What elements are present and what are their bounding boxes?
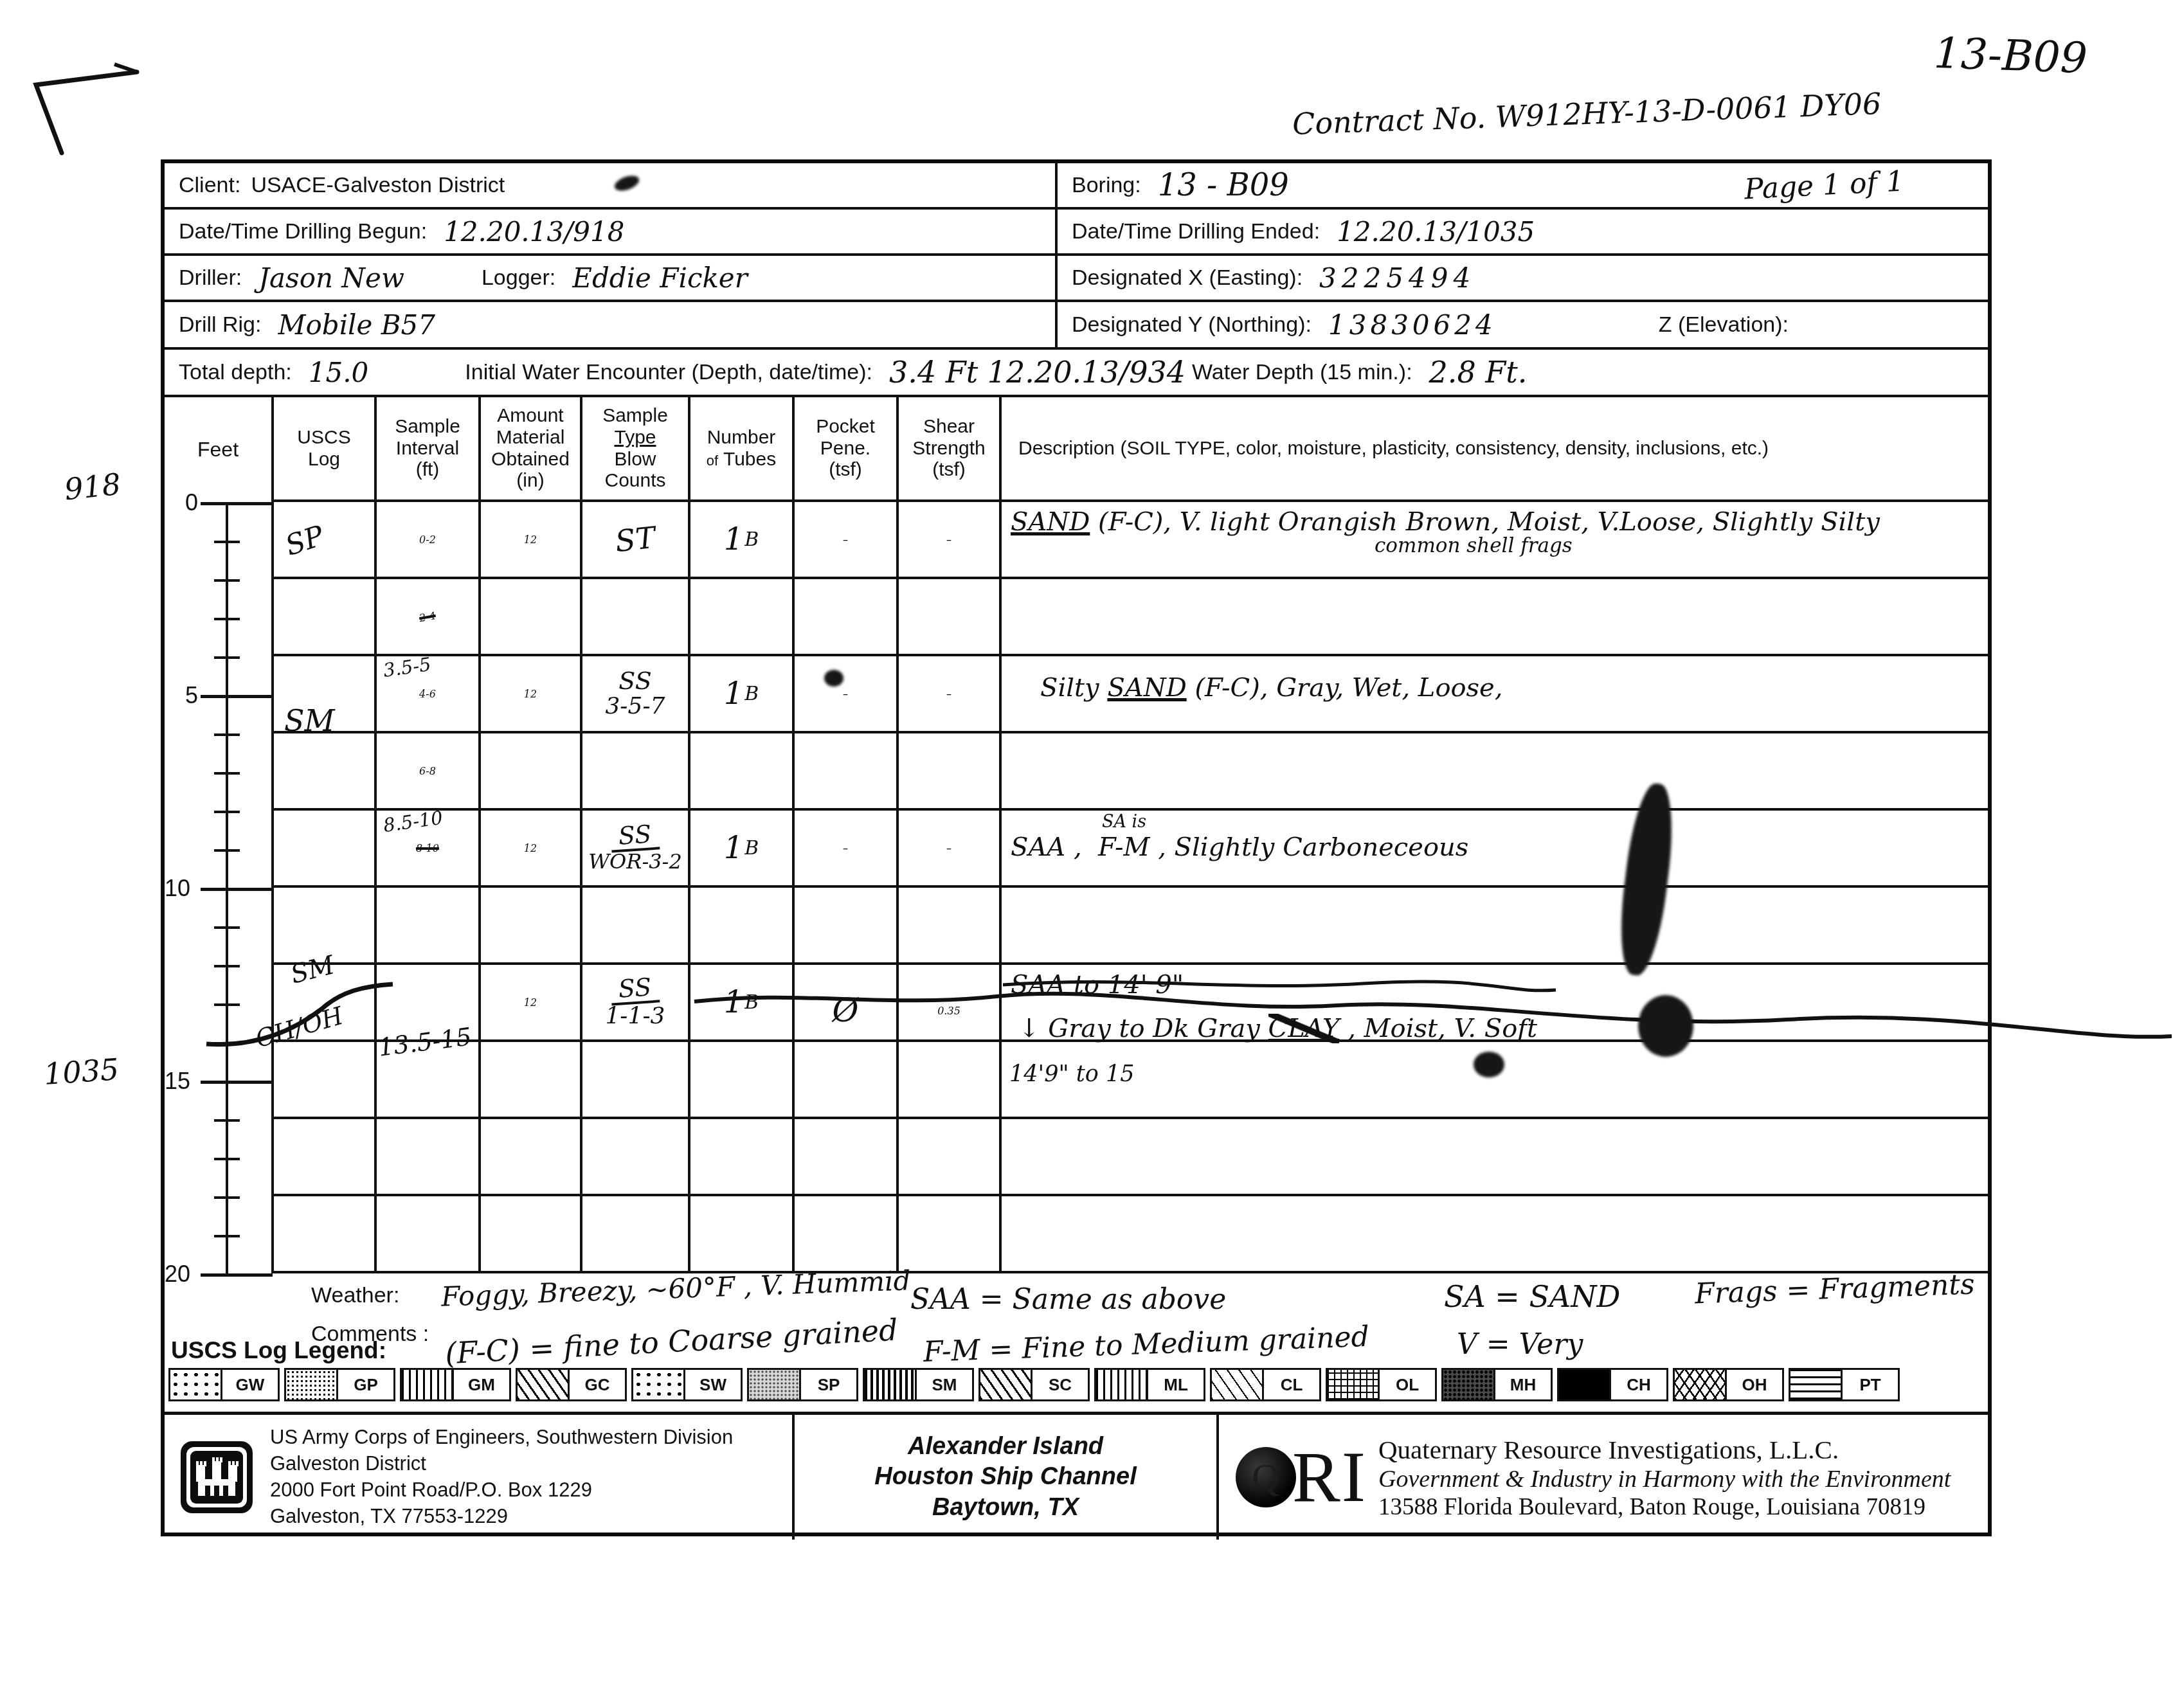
legend-item-sw: SW [631,1368,743,1401]
legend-item-pt: PT [1789,1368,1900,1401]
uscs-legend: GW GP GM GC SW SP SM SC ML CL OL MH CH O… [168,1368,1900,1401]
sm-pattern-swatch [863,1368,917,1401]
legend-item-gw: GW [168,1368,280,1401]
uscs-class-mid: SM [284,703,335,738]
note-frags: Frags = Fragments [1694,1268,1975,1310]
sc-pattern-swatch [978,1368,1032,1401]
note-saa: SAA = Same as above [910,1283,1226,1316]
legend-item-oh: OH [1673,1368,1784,1401]
ink-smudge [1638,995,1693,1057]
sw-pattern-swatch [631,1368,685,1401]
gm-pattern-swatch [400,1368,454,1401]
ml-pattern-swatch [1094,1368,1148,1401]
margin-end-time-note: 1035 [42,1052,120,1092]
footnotes-zone: Weather: Foggy, Breezy, ~60°F , V. Hummi… [165,163,1988,1533]
sp-pattern-swatch [747,1368,801,1401]
footer-qri-panel: QRI Quaternary Resource Investigations, … [1219,1415,1988,1540]
uscs-legend-label: USCS Log Legend: [171,1337,386,1364]
note-sa: SA = SAND [1444,1279,1620,1314]
comments-value: (F-C) = fine to Coarse grained [444,1313,899,1371]
footer-site-panel: Alexander Island Houston Ship Channel Ba… [795,1415,1219,1540]
cl-pattern-swatch [1210,1368,1264,1401]
legend-item-ch: CH [1557,1368,1668,1401]
legend-item-gp: GP [284,1368,395,1401]
legend-item-sp: SP [747,1368,858,1401]
footer-usace-panel: US Army Corps of Engineers, Southwestern… [165,1415,795,1540]
boring-log-form: Client: USACE-Galveston District Boring:… [161,159,1992,1536]
ch-pattern-swatch [1557,1368,1611,1401]
legend-item-sm: SM [863,1368,974,1401]
corner-scribble-mark [12,45,153,174]
note-v: V = Very [1457,1328,1583,1361]
legend-item-ml: ML [1094,1368,1205,1401]
usace-address-block: US Army Corps of Engineers, Southwestern… [270,1425,733,1530]
qri-address-block: Quaternary Resource Investigations, L.L.… [1378,1434,1951,1521]
legend-item-sc: SC [978,1368,1090,1401]
usace-castle-logo [179,1439,255,1515]
form-footer: US Army Corps of Engineers, Southwestern… [165,1412,1988,1540]
pt-pattern-swatch [1789,1368,1843,1401]
note-fm: F-M = Fine to Medium grained [923,1320,1369,1369]
ink-smudge [1474,1052,1504,1077]
ink-smudge [824,670,843,687]
gw-pattern-swatch [168,1368,222,1401]
qri-logo: QRI [1236,1441,1367,1513]
legend-item-ol: OL [1326,1368,1437,1401]
ol-pattern-swatch [1326,1368,1380,1401]
legend-item-cl: CL [1210,1368,1321,1401]
contract-number-note: Contract No. W912HY-13-D-0061 DY06 [1292,86,1882,141]
gc-pattern-swatch [516,1368,570,1401]
weather-value: Foggy, Breezy, ~60°F , V. Hummid [440,1264,911,1312]
boring-log-scan: 13-B09 Contract No. W912HY-13-D-0061 DY0… [0,0,2173,1708]
oh-pattern-swatch [1673,1368,1727,1401]
legend-item-mh: MH [1441,1368,1553,1401]
weather-label: Weather: [311,1283,399,1308]
mh-pattern-swatch [1441,1368,1495,1401]
legend-item-gc: GC [516,1368,627,1401]
gp-pattern-swatch [284,1368,338,1401]
legend-item-gm: GM [400,1368,511,1401]
corner-boring-id: 13-B09 [1933,28,2088,83]
margin-begin-time-note: 918 [62,467,122,507]
